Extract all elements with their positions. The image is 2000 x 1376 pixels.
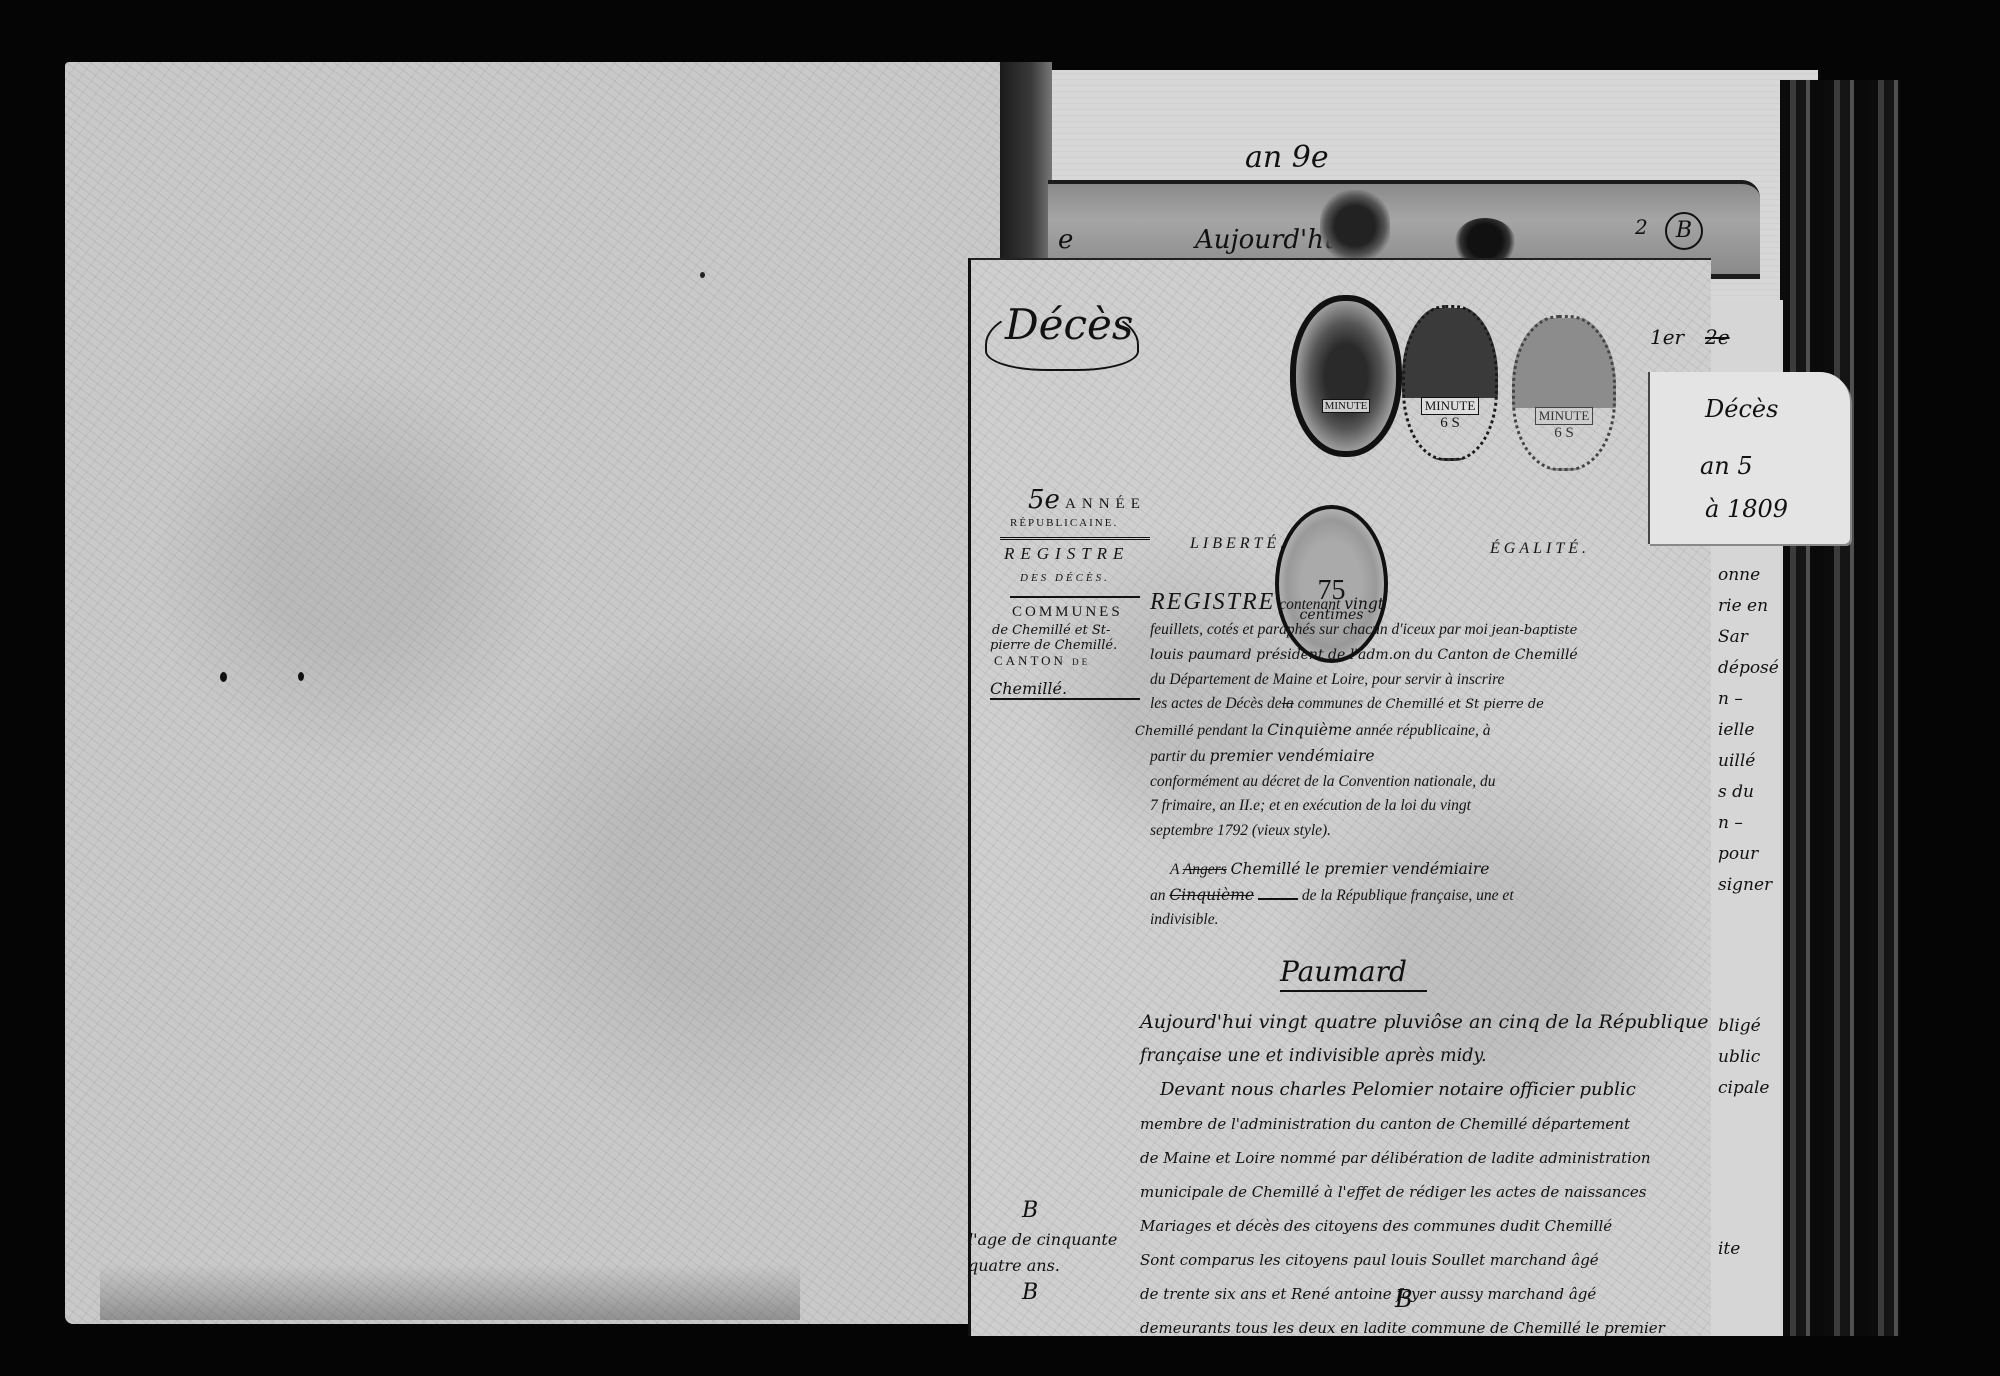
indivisible-label: indivisible. — [1150, 908, 1650, 933]
feuillets-count: vingt — [1344, 595, 1384, 613]
strip-number: 2 — [1635, 215, 1648, 239]
act-line: membre de l'administration du canton de … — [1140, 1107, 1700, 1141]
year-ordinal-hand: Cinquième — [1267, 721, 1352, 739]
margin-fragment: uillé — [1718, 746, 1788, 777]
left-page-stain — [100, 1265, 800, 1320]
act-line: Mariages et décès des citoyens des commu… — [1140, 1209, 1700, 1243]
margin-fragment: rie en — [1718, 591, 1788, 622]
margin-fragment: n – — [1718, 808, 1788, 839]
label-tag-line2: an 5 — [1700, 452, 1753, 480]
form-line-6b: année républicaine, à — [1356, 722, 1491, 739]
margin-fragment: déposé — [1718, 653, 1788, 684]
form-line-5-strike: la — [1282, 695, 1294, 712]
year-number: 5e — [1028, 485, 1060, 515]
form-sidebar: 5e ANNÉE RÉPUBLICAINE. REGISTRE DES DÉCÈ… — [990, 485, 1160, 700]
canton-label: CANTON de — [994, 653, 1160, 669]
stamp-label: MINUTE — [1322, 399, 1371, 413]
folio-mark-2: 2e — [1705, 325, 1730, 349]
communes-value-2: pierre de Chemillé. — [990, 638, 1160, 653]
motto-liberte: LIBERTÉ. — [1190, 535, 1288, 553]
an-label: an — [1150, 887, 1166, 904]
officer-name-1: jean-baptiste — [1492, 623, 1578, 638]
communes-hand: Chemillé et St pierre de — [1385, 697, 1543, 712]
margin-fragment: ielle — [1718, 715, 1788, 746]
paraphe-mark-icon: B — [1022, 1198, 1038, 1223]
registre-label: REGISTRE — [1004, 544, 1160, 564]
left-page-speck — [700, 272, 705, 278]
left-blank-page — [65, 62, 1015, 1324]
death-act-text: Aujourd'hui vingt quatre pluviôse an cin… — [1140, 1005, 1700, 1345]
label-tag-line1: Décès — [1705, 395, 1778, 423]
paraphe-mark-icon: B — [1022, 1280, 1038, 1305]
bottom-shadow — [0, 1336, 2000, 1376]
act-line: Aujourd'hui vingt quatre pluviôse an cin… — [1140, 1005, 1700, 1039]
des-deces-label: DES DÉCÈS. — [1020, 572, 1160, 584]
margin-fragment: bligé — [1718, 1011, 1788, 1042]
act-line: de trente six ans et René antoine foyer … — [1140, 1277, 1700, 1311]
folio-mark-1: 1er — [1650, 325, 1684, 349]
margin-fragment: signer — [1718, 870, 1788, 901]
form-line-5a: les actes de Décès de — [1150, 695, 1282, 712]
communes-label: COMMUNES — [1012, 604, 1160, 621]
act-line: de Maine et Loire nommé par délibération… — [1140, 1141, 1700, 1175]
binding-edge — [1780, 80, 1900, 1340]
margin-fragment: ite — [1718, 1234, 1788, 1265]
right-margin-fragments: onne rie en Sar déposé n – ielle uillé s… — [1718, 560, 1788, 1265]
form-line-9: 7 frimaire, an II.e; et en exécution de … — [1150, 794, 1650, 819]
margin-fragment: pour — [1718, 839, 1788, 870]
form-line-10: septembre 1792 (vieux style). — [1150, 819, 1650, 844]
form-line-7a: partir du — [1150, 748, 1206, 765]
an-hand: Cinquième — [1169, 886, 1254, 904]
republic-label: de la République française, une et — [1302, 887, 1514, 904]
paraphe-mark-icon: B — [1395, 1285, 1413, 1313]
act-line: municipale de Chemillé à l'effet de rédi… — [1140, 1175, 1700, 1209]
place-a: A — [1170, 861, 1179, 878]
margin-fragment: n – — [1718, 684, 1788, 715]
form-line-4: du Département de Maine et Loire, pour s… — [1150, 668, 1650, 693]
margin-fragment: ublic — [1718, 1042, 1788, 1073]
strip-stamp-icon — [1320, 190, 1390, 262]
commune-hand-2: Chemillé — [1135, 724, 1194, 739]
margin-note-line2: quatre ans. — [968, 1256, 1060, 1275]
place-date-hand: Chemillé le premier vendémiaire — [1231, 860, 1490, 878]
year-label: ANNÉE — [1065, 496, 1146, 512]
canton-value: Chemillé. — [990, 679, 1140, 700]
form-line-8: conformément au décret de la Convention … — [1150, 770, 1650, 795]
label-tag-line3: à 1809 — [1705, 495, 1788, 523]
stamp-label: MINUTE — [1535, 407, 1594, 425]
margin-note-line1: l'age de cinquante — [968, 1230, 1117, 1249]
republicaine-label: RÉPUBLICAINE. — [1010, 517, 1160, 529]
left-page-speck — [220, 672, 227, 682]
place-strike: Angers — [1183, 861, 1227, 878]
act-line: Sont comparus les citoyens paul louis So… — [1140, 1243, 1700, 1277]
stamp-label: MINUTE — [1421, 397, 1480, 415]
margin-fragment: onne — [1718, 560, 1788, 591]
motto-egalite: ÉGALITÉ. — [1490, 540, 1590, 558]
act-line: française une et indivisible après midy. — [1140, 1039, 1700, 1073]
signature-paumard: Paumard — [1280, 955, 1427, 992]
tax-stamp-3-icon: MINUTE 6 S — [1512, 315, 1616, 471]
officer-name-2: louis paumard président de l'adm.on du C… — [1150, 643, 1650, 668]
strip-circled-mark: B — [1665, 212, 1703, 250]
background-page-heading: an 9e — [1245, 140, 1329, 175]
start-date-hand: premier vendémiaire — [1209, 747, 1374, 765]
contenant-label: contenant — [1279, 596, 1340, 613]
margin-fragment: s du — [1718, 777, 1788, 808]
margin-fragment: cipale — [1718, 1073, 1788, 1104]
printed-form: REGISTRE contenant vingt feuillets, coté… — [1150, 590, 1650, 933]
communes-value-1: de Chemillé et St- — [992, 623, 1160, 638]
form-line-2: feuillets, cotés et paraphés sur chacun … — [1150, 621, 1488, 638]
tax-stamp-1-icon: MINUTE — [1290, 295, 1402, 457]
strip-text-left: e — [1058, 225, 1073, 255]
form-line-5c: communes de — [1298, 695, 1382, 712]
left-page-speck — [298, 672, 304, 681]
stamp-value: 6 S — [1440, 415, 1460, 432]
form-line-6a: pendant la — [1197, 722, 1263, 739]
act-line: Devant nous charles Pelomier notaire off… — [1160, 1073, 1700, 1107]
tax-stamp-2-icon: MINUTE 6 S — [1402, 305, 1498, 461]
title-deces: Décès — [1005, 300, 1133, 349]
stamp-value: 6 S — [1554, 425, 1574, 442]
margin-fragment: Sar — [1718, 622, 1788, 653]
registre-heading: REGISTRE — [1150, 589, 1275, 615]
